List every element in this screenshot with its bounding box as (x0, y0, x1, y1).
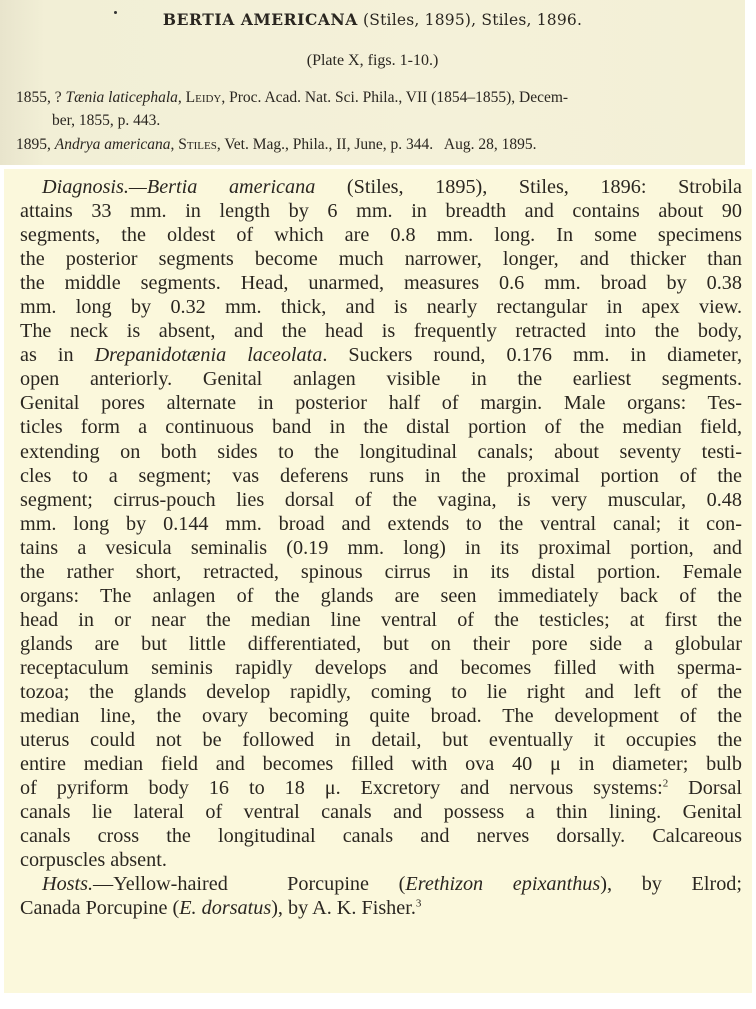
diagnosis-line: as in Drepanidotænia laceolata. Suckers … (20, 343, 742, 367)
hosts-line: Canada Porcupine (E. dorsatus), by A. K.… (20, 896, 742, 920)
diagnosis-line: of pyriform body 16 to 18 μ. Excretory a… (20, 776, 742, 800)
species-name: BERTIA AMERICANA (163, 10, 358, 29)
diagnosis-section: Diagnosis.—Bertia americana (Stiles, 189… (20, 175, 742, 920)
diagnosis-line: tains a vesicula seminalis (0.19 mm. lon… (20, 536, 742, 560)
diagnosis-line: segments, the oldest of which are 0.8 mm… (20, 223, 742, 247)
syn-citation: , Proc. Acad. Nat. Sci. Phila., VII (185… (221, 89, 568, 106)
diagnosis-line: median line, the ovary becoming quite br… (20, 704, 742, 728)
diagnosis-line: canals cross the longitudinal canals and… (20, 824, 742, 848)
synonymy-entry-1895: 1895, Andrya americana, Stiles, Vet. Mag… (16, 133, 738, 156)
diagnosis-line: uterus could not be followed in detail, … (20, 728, 742, 752)
diagnosis-line: ticles form a continuous band in the dis… (20, 415, 742, 439)
diagnosis-line: The neck is absent, and the head is freq… (20, 319, 742, 343)
hosts-label: Hosts. (42, 873, 93, 895)
diagnosis-line: extending on both sides to the longitudi… (20, 440, 742, 464)
diagnosis-line: tozoa; the glands develop rapidly, comin… (20, 680, 742, 704)
syn-query-mark: ? (55, 89, 66, 106)
synonymy-entry-1855: 1855, ? Tænia laticephala, Leidy, Proc. … (16, 86, 738, 132)
species-authority: (Stiles, 1895), Stiles, 1896. (358, 11, 582, 29)
diagnosis-line: Diagnosis.—Bertia americana (Stiles, 189… (20, 175, 742, 199)
diagnosis-line: mm. long by 0.144 mm. broad and extends … (20, 512, 742, 536)
diagnosis-label: Diagnosis.—Bertia americana (42, 176, 315, 198)
plate-reference: (Plate X, figs. 1-10.) (0, 52, 745, 70)
syn-year: 1855, (16, 89, 55, 106)
host-species: Erethizon epixanthus (405, 873, 600, 895)
synonymy-header-panel: BERTIA AMERICANA (Stiles, 1895), Stiles,… (0, 0, 745, 165)
diagnosis-line: cles to a segment; vas deferens runs in … (20, 464, 742, 488)
diagnosis-line: glands are but little differentiated, bu… (20, 632, 742, 656)
syn-citation-continued: ber, 1855, p. 443. (16, 109, 738, 132)
diagnosis-line: corpuscles absent. (20, 848, 742, 872)
diagnosis-line: the middle segments. Head, unarmed, meas… (20, 271, 742, 295)
syn-taxon-name: Andrya americana (55, 136, 171, 153)
diagnosis-line: the posterior segments become much narro… (20, 247, 742, 271)
diagnosis-line: head in or near the median line ventral … (20, 608, 742, 632)
diagnosis-line: entire median field and becomes filled w… (20, 752, 742, 776)
diagnosis-line: the rather short, retracted, spinous cir… (20, 560, 742, 584)
hosts-line: Hosts.—Yellow-haired Porcupine (Erethizo… (20, 872, 742, 896)
diagnosis-line: receptaculum seminis rapidly develops an… (20, 656, 742, 680)
species-title: BERTIA AMERICANA (Stiles, 1895), Stiles,… (0, 10, 745, 29)
diagnosis-line: segment; cirrus-pouch lies dorsal of the… (20, 488, 742, 512)
diagnosis-line: Genital pores alternate in posterior hal… (20, 391, 742, 415)
diagnosis-line: canals lie lateral of ventral canals and… (20, 800, 742, 824)
taxon-name: Drepanidotænia laceolata (95, 344, 323, 366)
diagnosis-line: organs: The anlagen of the glands are se… (20, 584, 742, 608)
syn-year: 1895, (16, 136, 55, 153)
syn-citation: , Vet. Mag., Phila., II, June, p. 344. A… (217, 136, 537, 153)
syn-author: Leidy (186, 89, 222, 106)
diagnosis-line: attains 33 mm. in length by 6 mm. in bre… (20, 199, 742, 223)
host-species: E. dorsatus (179, 897, 271, 919)
footnote-marker: 3 (416, 898, 422, 910)
diagnosis-line: open anteriorly. Genital anlagen visible… (20, 367, 742, 391)
diagnosis-line: mm. long by 0.32 mm. thick, and is nearl… (20, 295, 742, 319)
syn-taxon-name: Tænia laticephala (66, 89, 178, 106)
syn-author: Stiles (178, 136, 217, 153)
syn-sep: , (178, 89, 186, 106)
